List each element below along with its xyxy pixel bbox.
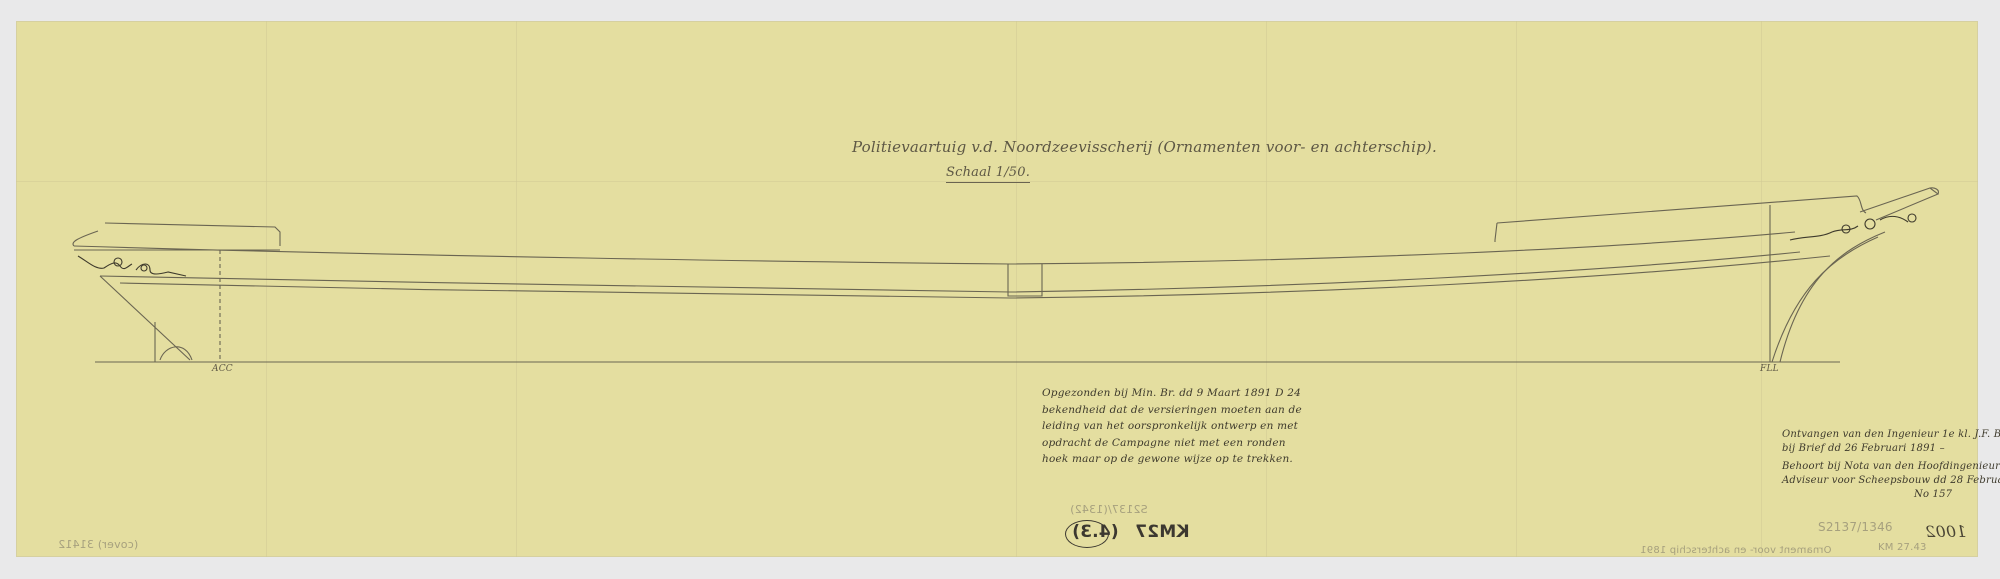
annotation-line: bekendheid dat de versieringen moeten aa… (1042, 402, 1302, 419)
mirrored-pencil-text: S2137/(1342) (1070, 503, 1148, 516)
archive-pencil-mark: (cover) 31412 (58, 538, 138, 551)
stern-transom-curve (73, 231, 98, 246)
received-annotation: Ontvangen van den Ingenieur 1e kl. J.F. … (1782, 428, 2000, 456)
annotation-line: Behoort bij Nota van den Hoofdingenieur (1782, 460, 2000, 474)
mirrored-pencil-text: (cover) 31412 (58, 538, 138, 551)
stamp-code: KM27 (1135, 522, 1190, 542)
bow-ornament (1790, 214, 1916, 240)
annotation-line: Ontvangen van den Ingenieur 1e kl. J.F. … (1782, 428, 2000, 442)
aft-station-label: ACC (212, 364, 233, 374)
sheer-line-lower (100, 252, 1800, 292)
mirrored-pencil-text: Ornament voor- en achterschip 1891 (1640, 545, 1831, 556)
drawing-title: Politievaartuig v.d. Noordzeevisscherij … (852, 138, 1437, 156)
sheer-line-upper (74, 232, 1795, 264)
archive-ref: S2137/1346 (1818, 520, 1893, 534)
annotation-line: opdracht de Campagne niet met een ronden (1042, 435, 1302, 452)
bowsprit (1860, 188, 1938, 220)
forecastle-deck (1497, 196, 1866, 223)
archive-pencil-mark-center: S2137/(1342) (1070, 503, 1148, 516)
stem-curve (1780, 232, 1885, 362)
archive-number: 1002 (1925, 522, 1967, 541)
annotation-line: hoek maar op de gewone wijze op te trekk… (1042, 451, 1302, 468)
center-annotation: Opgezonden bij Min. Br. dd 9 Maart 1891 … (1042, 385, 1302, 468)
mirrored-number: 1002 (1925, 522, 1967, 541)
annotation-line: Opgezonden bij Min. Br. dd 9 Maart 1891 … (1042, 385, 1302, 402)
annotation-line: No 157 (1782, 488, 2000, 502)
archive-description: Ornament voor- en achterschip 1891 (1640, 545, 1831, 556)
annotation-line: bij Brief dd 26 Februari 1891 – (1782, 442, 2000, 456)
stern-ornament (78, 256, 186, 276)
stern-rake (100, 276, 190, 360)
drawing-scale: Schaal 1/50. (946, 165, 1030, 183)
belongs-to-annotation: Behoort bij Nota van den Hoofdingenieur … (1782, 460, 2000, 502)
stern-poop-deck (105, 223, 280, 246)
ship-profile-drawing (0, 0, 2000, 579)
annotation-line: leiding van het oorspronkelijk ontwerp e… (1042, 418, 1302, 435)
archive-stamp: (4.3) KM27 (1068, 522, 1189, 542)
stamp-circled-number: (4.3) (1072, 522, 1119, 542)
archive-code: KM 27.43 (1878, 542, 1927, 553)
annotation-line: Adviseur voor Scheepsbouw dd 28 Februari… (1782, 474, 2000, 488)
fore-station-label: FLL (1760, 364, 1779, 374)
